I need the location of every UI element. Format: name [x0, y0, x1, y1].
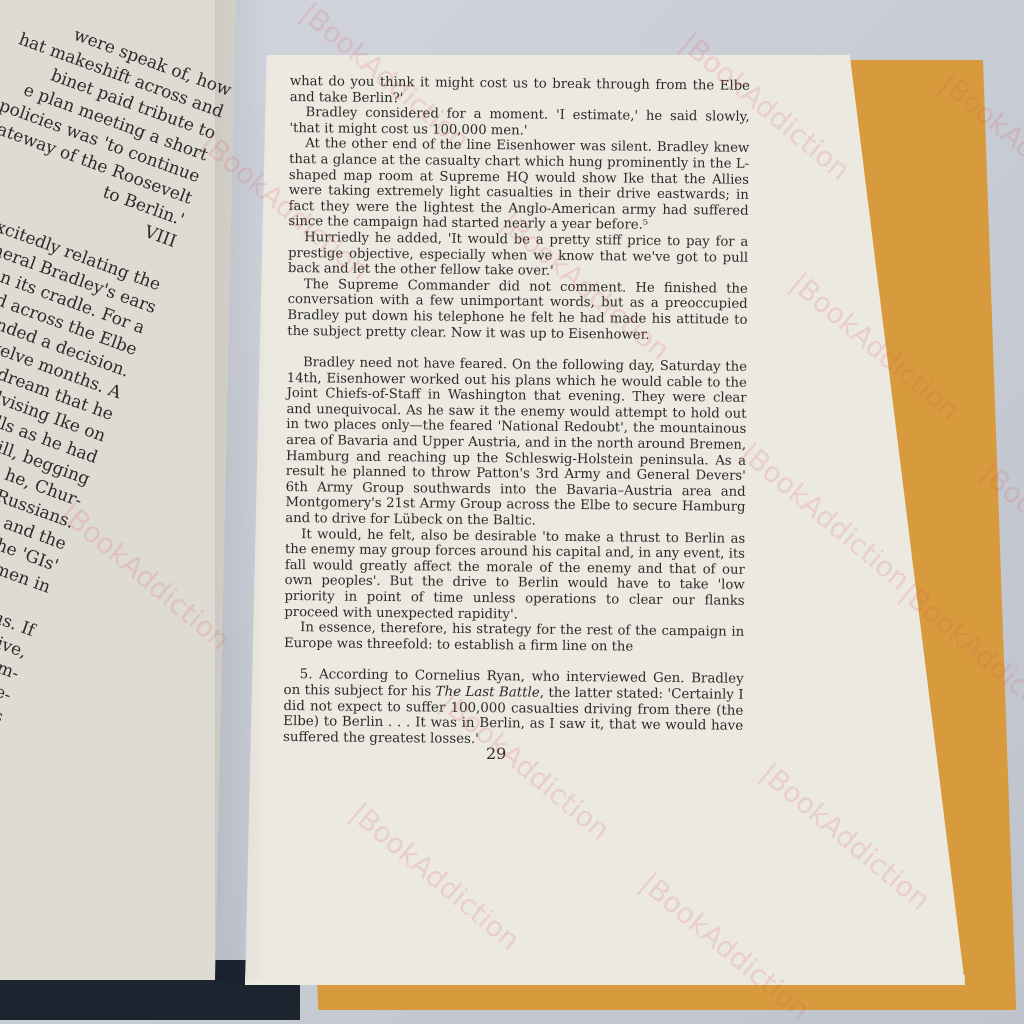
paragraph: what do you think it might cost us to br… — [290, 74, 750, 110]
paragraph: It would, he felt, also be desirable 'to… — [284, 527, 745, 625]
footnote-number: 5. — [300, 668, 313, 683]
paragraph: The Supreme Commander did not comment. H… — [287, 277, 748, 344]
book-title: The Last Battle — [435, 685, 539, 701]
page-number: 29 — [486, 744, 506, 763]
gutter-shadow — [215, 0, 295, 980]
paragraph: At the other end of the line Eisenhower … — [288, 136, 749, 234]
right-page-text: what do you think it might cost us to br… — [283, 74, 750, 750]
paragraph: Bradley considered for a moment. 'I esti… — [289, 105, 749, 141]
paragraph: In essence, therefore, his strategy for … — [284, 620, 744, 656]
paragraph: Bradley need not have feared. On the fol… — [285, 355, 747, 531]
footnote: 5. According to Cornelius Ryan, who inte… — [283, 667, 744, 750]
paragraph: Hurriedly he added, 'It would be a prett… — [288, 230, 748, 282]
